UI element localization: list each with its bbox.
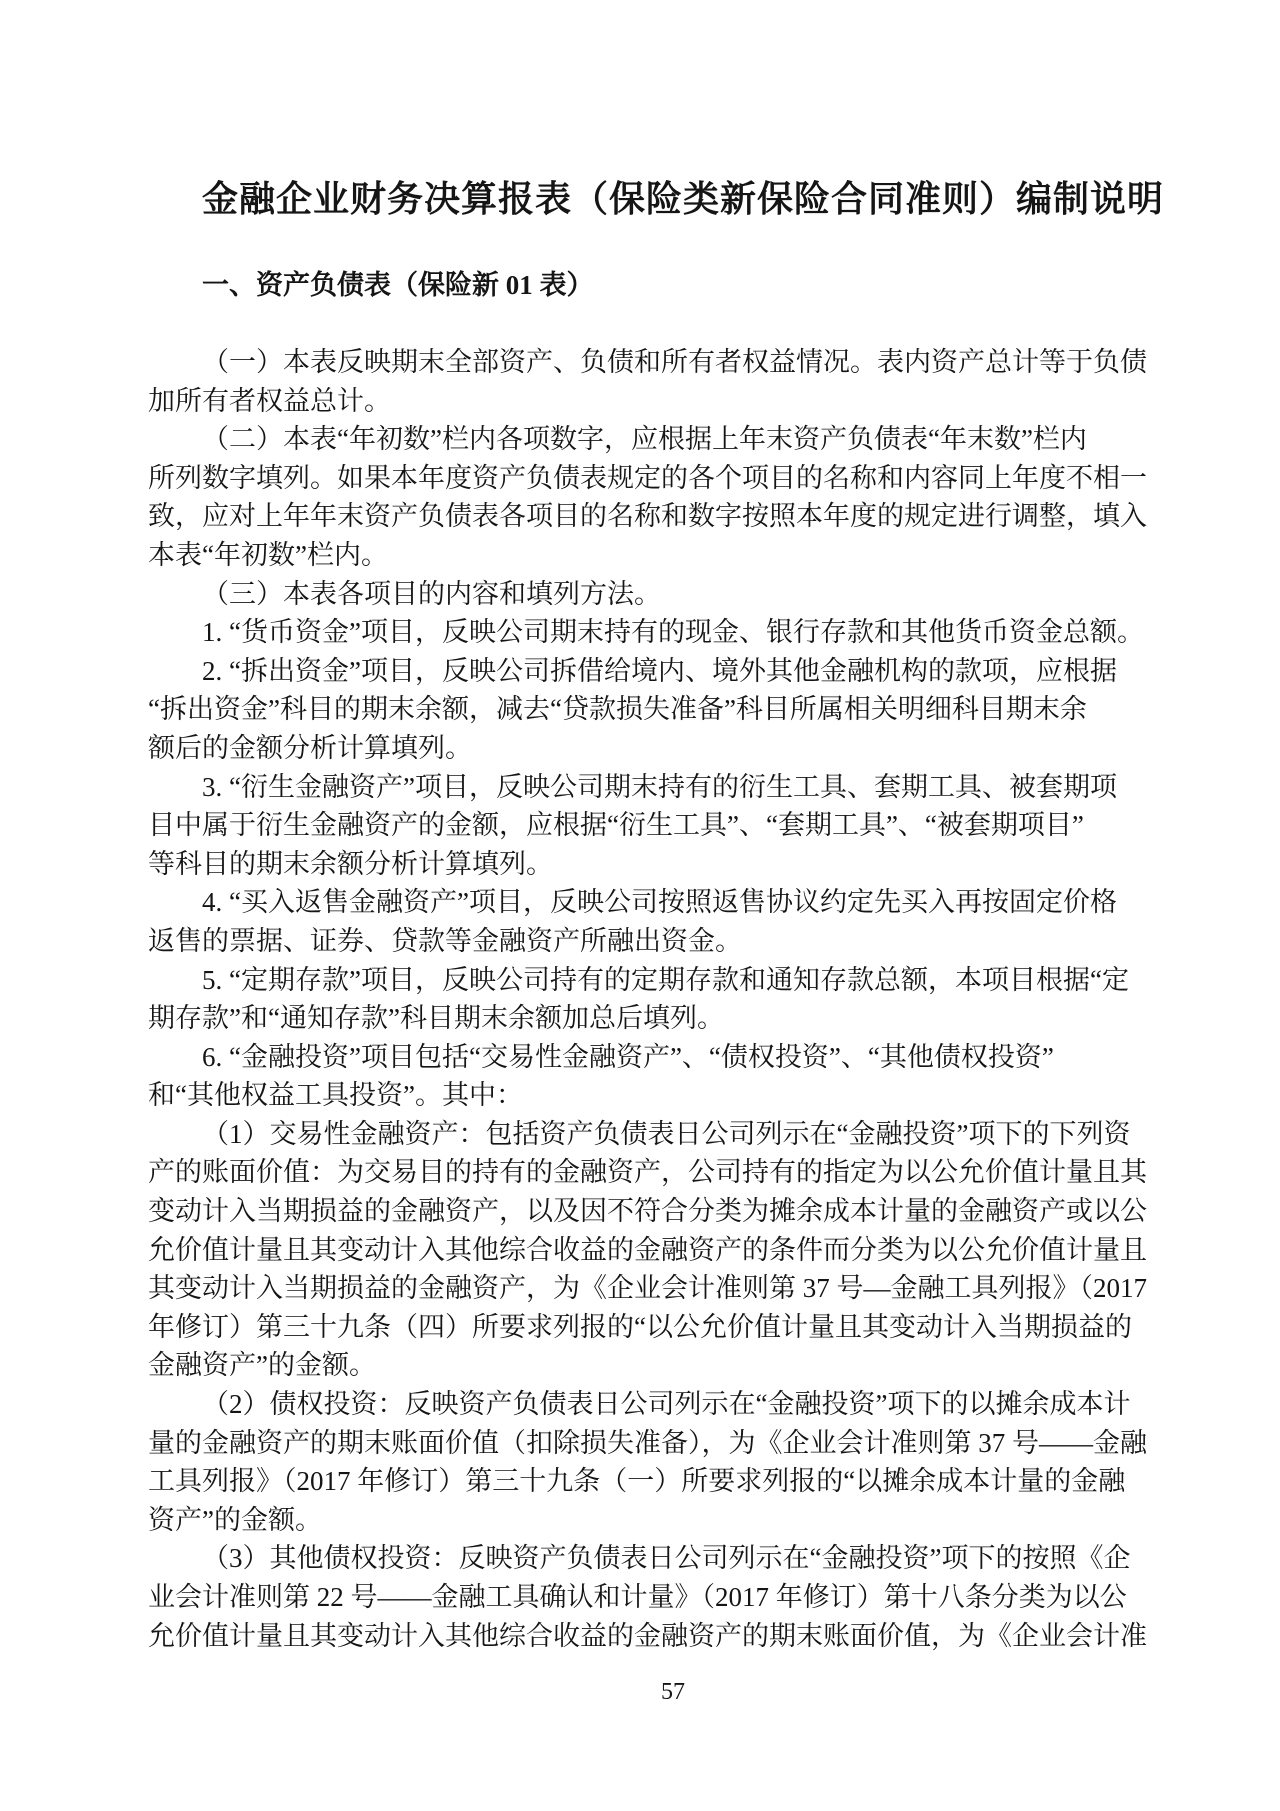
- page-number: 57: [0, 1678, 1280, 1706]
- section-heading: 一、资产负债表（保险新 01 表）: [148, 266, 1212, 305]
- paragraph: 2. “拆出资金”项目，反映公司拆借给境内、境外其他金融机构的款项，应根据 “拆…: [148, 652, 1212, 768]
- document-page: 金融企业财务决算报表（保险类新保险合同准则）编制说明 一、资产负债表（保险新 0…: [0, 0, 1280, 1811]
- paragraph: 3. “衍生金融资产”项目，反映公司期末持有的衍生工具、套期工具、被套期项 目中…: [148, 768, 1212, 884]
- paragraph: 5. “定期存款”项目，反映公司持有的定期存款和通知存款总额，本项目根据“定 期…: [148, 961, 1212, 1038]
- document-content: 金融企业财务决算报表（保险类新保险合同准则）编制说明 一、资产负债表（保险新 0…: [148, 0, 1212, 1655]
- paragraph: 4. “买入返售金融资产”项目，反映公司按照返售协议约定先买入再按固定价格 返售…: [148, 883, 1212, 960]
- paragraph: （二）本表“年初数”栏内各项数字，应根据上年末资产负债表“年末数”栏内 所列数字…: [148, 420, 1212, 574]
- paragraph: （2）债权投资：反映资产负债表日公司列示在“金融投资”项下的以摊余成本计 量的金…: [148, 1385, 1212, 1539]
- paragraph: （1）交易性金融资产：包括资产负债表日公司列示在“金融投资”项下的下列资 产的账…: [148, 1115, 1212, 1385]
- paragraph: （一）本表反映期末全部资产、负债和所有者权益情况。表内资产总计等于负债 加所有者…: [148, 343, 1212, 420]
- paragraph: （3）其他债权投资：反映资产负债表日公司列示在“金融投资”项下的按照《企 业会计…: [148, 1539, 1212, 1655]
- document-body: （一）本表反映期末全部资产、负债和所有者权益情况。表内资产总计等于负债 加所有者…: [148, 343, 1212, 1655]
- paragraph: 1. “货币资金”项目，反映公司期末持有的现金、银行存款和其他货币资金总额。: [148, 613, 1212, 652]
- document-title: 金融企业财务决算报表（保险类新保险合同准则）编制说明: [148, 176, 1148, 222]
- paragraph: 6. “金融投资”项目包括“交易性金融资产”、“债权投资”、“其他债权投资” 和…: [148, 1038, 1212, 1115]
- paragraph: （三）本表各项目的内容和填列方法。: [148, 575, 1212, 614]
